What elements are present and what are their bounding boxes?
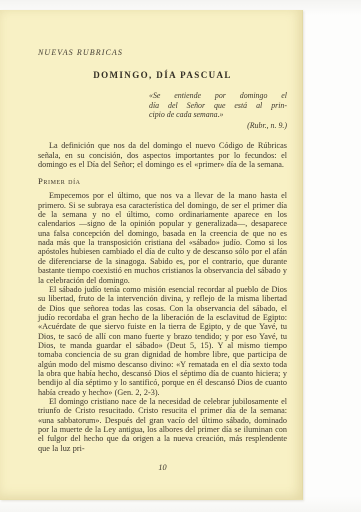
running-head: NUEVAS RUBRICAS: [38, 48, 287, 57]
intro-paragraph: La definición que nos da del domingo el …: [38, 141, 287, 169]
epigraph-source: (Rubr., n. 9.): [149, 121, 287, 131]
body-paragraph: El domingo cristiano nace de la necesida…: [38, 397, 287, 453]
epigraph-line: día del Señor que está al prin-: [149, 101, 287, 111]
epigraph-line: «Se entiende por domingo el: [149, 91, 287, 101]
book-page: NUEVAS RUBRICAS DOMINGO, DÍA PASCUAL «Se…: [0, 10, 303, 500]
epigraph-line: cipio de cada semana.»: [149, 110, 287, 120]
page-title: DOMINGO, DÍA PASCUAL: [38, 70, 287, 80]
epigraph: «Se entiende por domingo el día del Seño…: [149, 91, 287, 130]
body-paragraph: Empecemos por el último, que nos va a ll…: [38, 191, 287, 284]
page-number: 10: [38, 463, 287, 472]
scanned-document-viewport: NUEVAS RUBRICAS DOMINGO, DÍA PASCUAL «Se…: [0, 0, 361, 512]
section-heading: Primer día: [38, 176, 287, 186]
body-paragraph: El sábado judío tenía como misión esenci…: [38, 285, 287, 397]
page-content: NUEVAS RUBRICAS DOMINGO, DÍA PASCUAL «Se…: [38, 48, 287, 472]
